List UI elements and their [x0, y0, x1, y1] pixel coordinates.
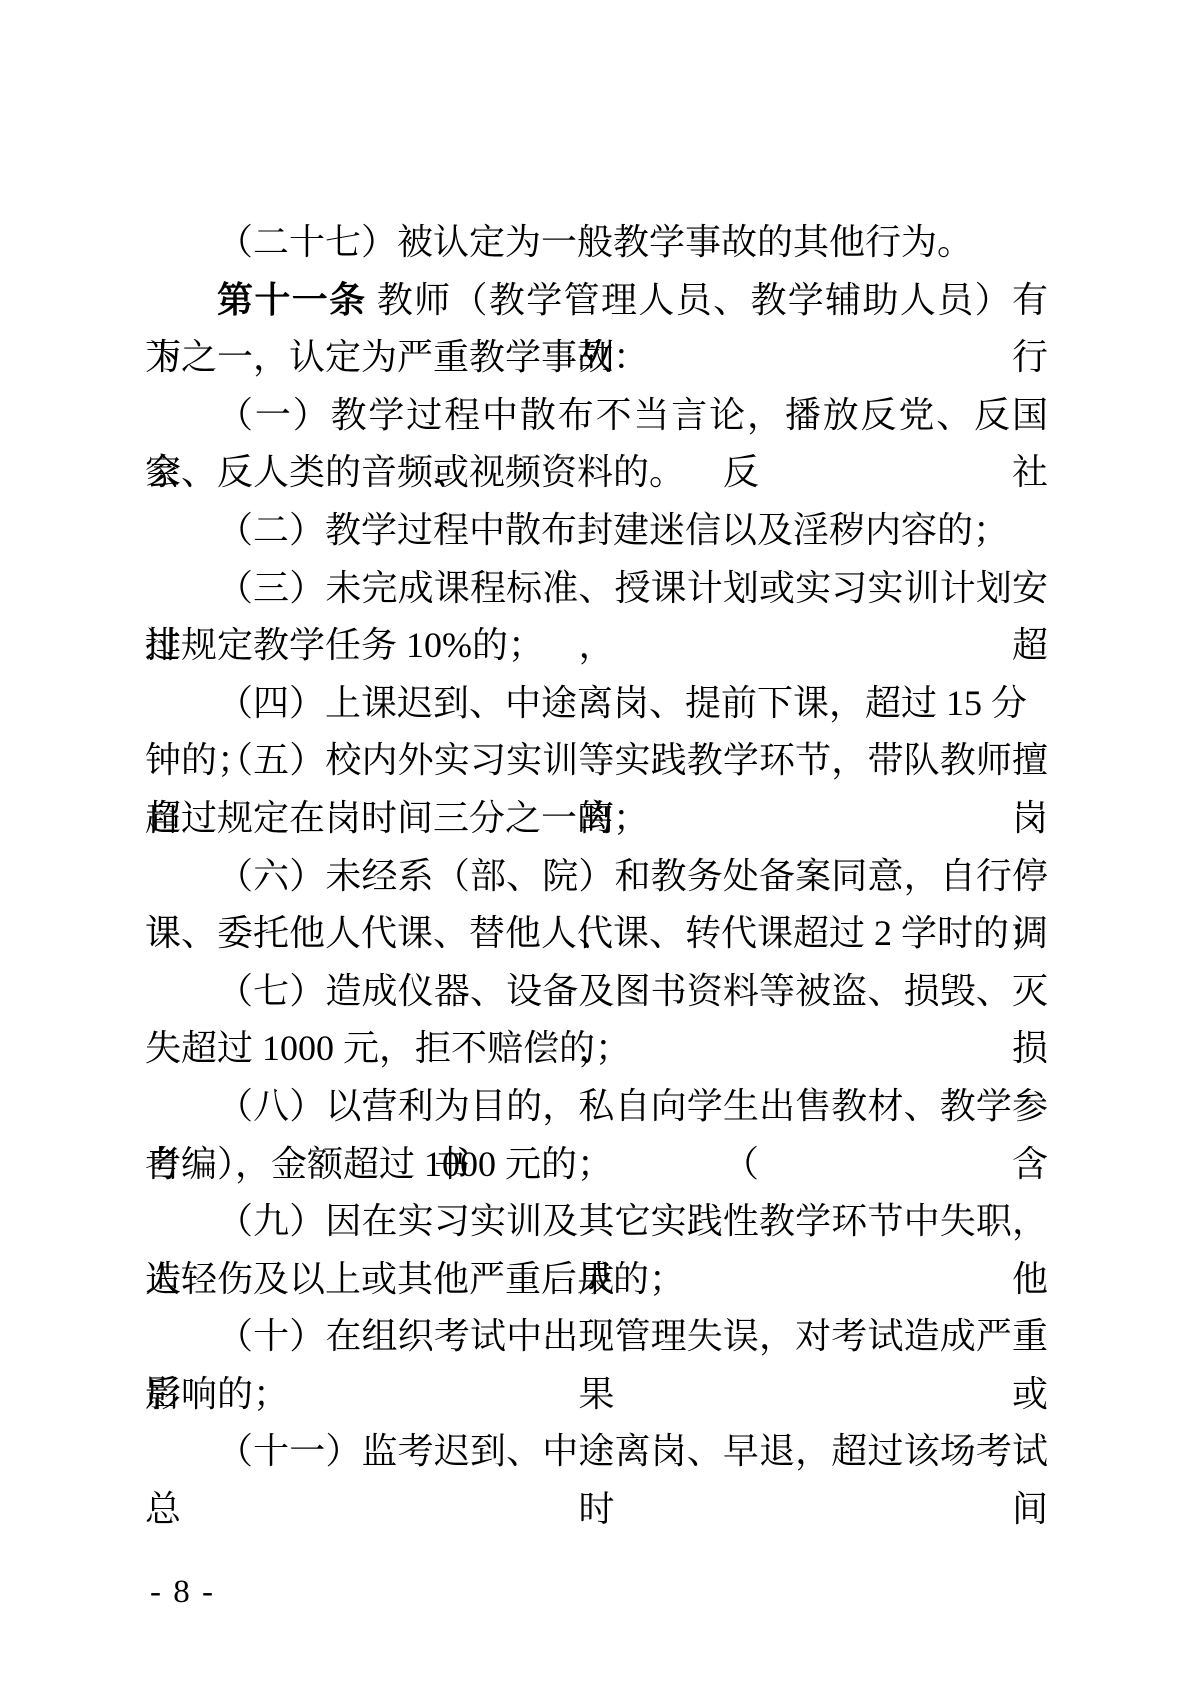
text-line: （四）上课迟到、中途离岗、提前下课，超过 15 分钟的；	[145, 675, 1048, 733]
text-segment: 失超过 1000 元，拒不赔偿的；	[145, 1028, 631, 1068]
text-segment: 过规定教学任务 10%的；	[145, 625, 544, 665]
text-segment: 课、委托他人代课、替他人代课、转代课超过 2 学时的；	[145, 913, 1045, 953]
text-line: （二）教学过程中散布封建迷信以及淫秽内容的；	[145, 502, 1048, 560]
article-number: 第十一条	[217, 280, 366, 320]
text-segment: 超过规定在岗时间三分之一的；	[145, 798, 649, 838]
text-segment: 人轻伤及以上或其他严重后果的；	[145, 1259, 685, 1299]
text-segment: （二）教学过程中散布封建迷信以及淫秽内容的；	[217, 510, 1009, 550]
document-page: （二十七）被认定为一般教学事故的其他行为。第十一条 教师（教学管理人员、教学辅助…	[0, 0, 1191, 1684]
text-line: （一）教学过程中散布不当言论，播放反党、反国家、反社	[145, 387, 1048, 445]
text-segment: （二十七）被认定为一般教学事故的其他行为。	[217, 222, 973, 262]
text-segment: 会、反人类的音频或视频资料的。	[145, 452, 685, 492]
text-line: （三）未完成课程标准、授课计划或实习实训计划安排，超	[145, 560, 1048, 618]
text-line: （五）校内外实习实训等实践教学环节，带队教师擅自离岗	[145, 732, 1048, 790]
text-segment: （十一）监考迟到、中途离岗、早退，超过该场考试总时间	[145, 1431, 1048, 1529]
page-number: - 8 -	[150, 1572, 215, 1612]
text-line: （九）因在实习实训及其它实践性教学环节中失职，造成他	[145, 1193, 1048, 1251]
text-segment: 自编），金额超过 1000 元的；	[145, 1144, 613, 1184]
text-line: （六）未经系（部、院）和教务处备案同意，自行停课、调	[145, 848, 1048, 906]
text-segment: 为之一，认定为严重教学事故：	[145, 337, 649, 377]
text-line: 课、委托他人代课、替他人代课、转代课超过 2 学时的；	[145, 905, 1048, 963]
document-body: （二十七）被认定为一般教学事故的其他行为。第十一条 教师（教学管理人员、教学辅助…	[145, 214, 1048, 1481]
text-line: （十）在组织考试中出现管理失误，对考试造成严重后果或	[145, 1308, 1048, 1366]
text-line: （二十七）被认定为一般教学事故的其他行为。	[145, 214, 1048, 272]
text-segment: 影响的；	[145, 1374, 289, 1414]
text-line: 第十一条 教师（教学管理人员、教学辅助人员）有下列行	[145, 272, 1048, 330]
text-line: （七）造成仪器、设备及图书资料等被盗、损毁、灭失，损	[145, 963, 1048, 1021]
text-line: （十一）监考迟到、中途离岗、早退，超过该场考试总时间	[145, 1423, 1048, 1481]
text-line: （八）以营利为目的，私自向学生出售教材、教学参考书（含	[145, 1078, 1048, 1136]
